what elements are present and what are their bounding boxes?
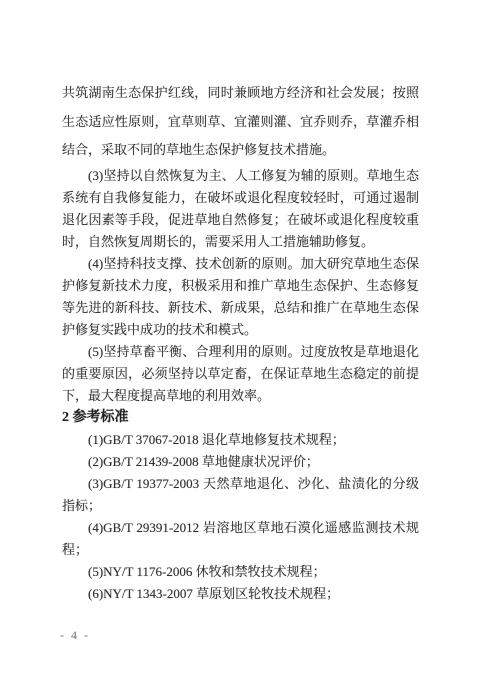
reference-item: (4)GB/T 29391-2012 岩溶地区草地石漠化遥感监测技术规程； xyxy=(62,517,419,561)
reference-item: (2)GB/T 21439-2008 草地健康状况评价； xyxy=(62,451,419,473)
reference-item: (1)GB/T 37067-2018 退化草地修复技术规程； xyxy=(62,429,419,451)
page-number: - 4 - xyxy=(60,628,90,642)
reference-item: (5)NY/T 1176-2006 休牧和禁牧技术规程； xyxy=(62,561,419,583)
document-page: 共筑湖南生态保护红线，同时兼顾地方经济和社会发展；按照生态适应性原则，宜草则草、… xyxy=(0,0,480,679)
reference-item: (3)GB/T 19377-2003 天然草地退化、沙化、盐渍化的分级指标； xyxy=(62,473,419,517)
paragraph-continuation: 共筑湖南生态保护红线，同时兼顾地方经济和社会发展；按照生态适应性原则，宜草则草、… xyxy=(62,79,419,165)
reference-item: (6)NY/T 1343-2007 草原划区轮牧技术规程； xyxy=(62,583,419,605)
paragraph-principle-5: (5)坚持草畜平衡、合理利用的原则。过度放牧是草地退化的重要原因，必须坚持以草定… xyxy=(62,341,419,407)
section-heading-reference-standards: 2 参考标准 xyxy=(62,407,419,429)
paragraph-principle-3: (3)坚持以自然恢复为主、人工修复为辅的原则。草地生态系统有自我修复能力，在破坏… xyxy=(62,165,419,253)
document-body: 共筑湖南生态保护红线，同时兼顾地方经济和社会发展；按照生态适应性原则，宜草则草、… xyxy=(62,79,419,605)
paragraph-principle-4: (4)坚持科技支撑、技术创新的原则。加大研究草地生态保护修复新技术力度，积极采用… xyxy=(62,253,419,341)
